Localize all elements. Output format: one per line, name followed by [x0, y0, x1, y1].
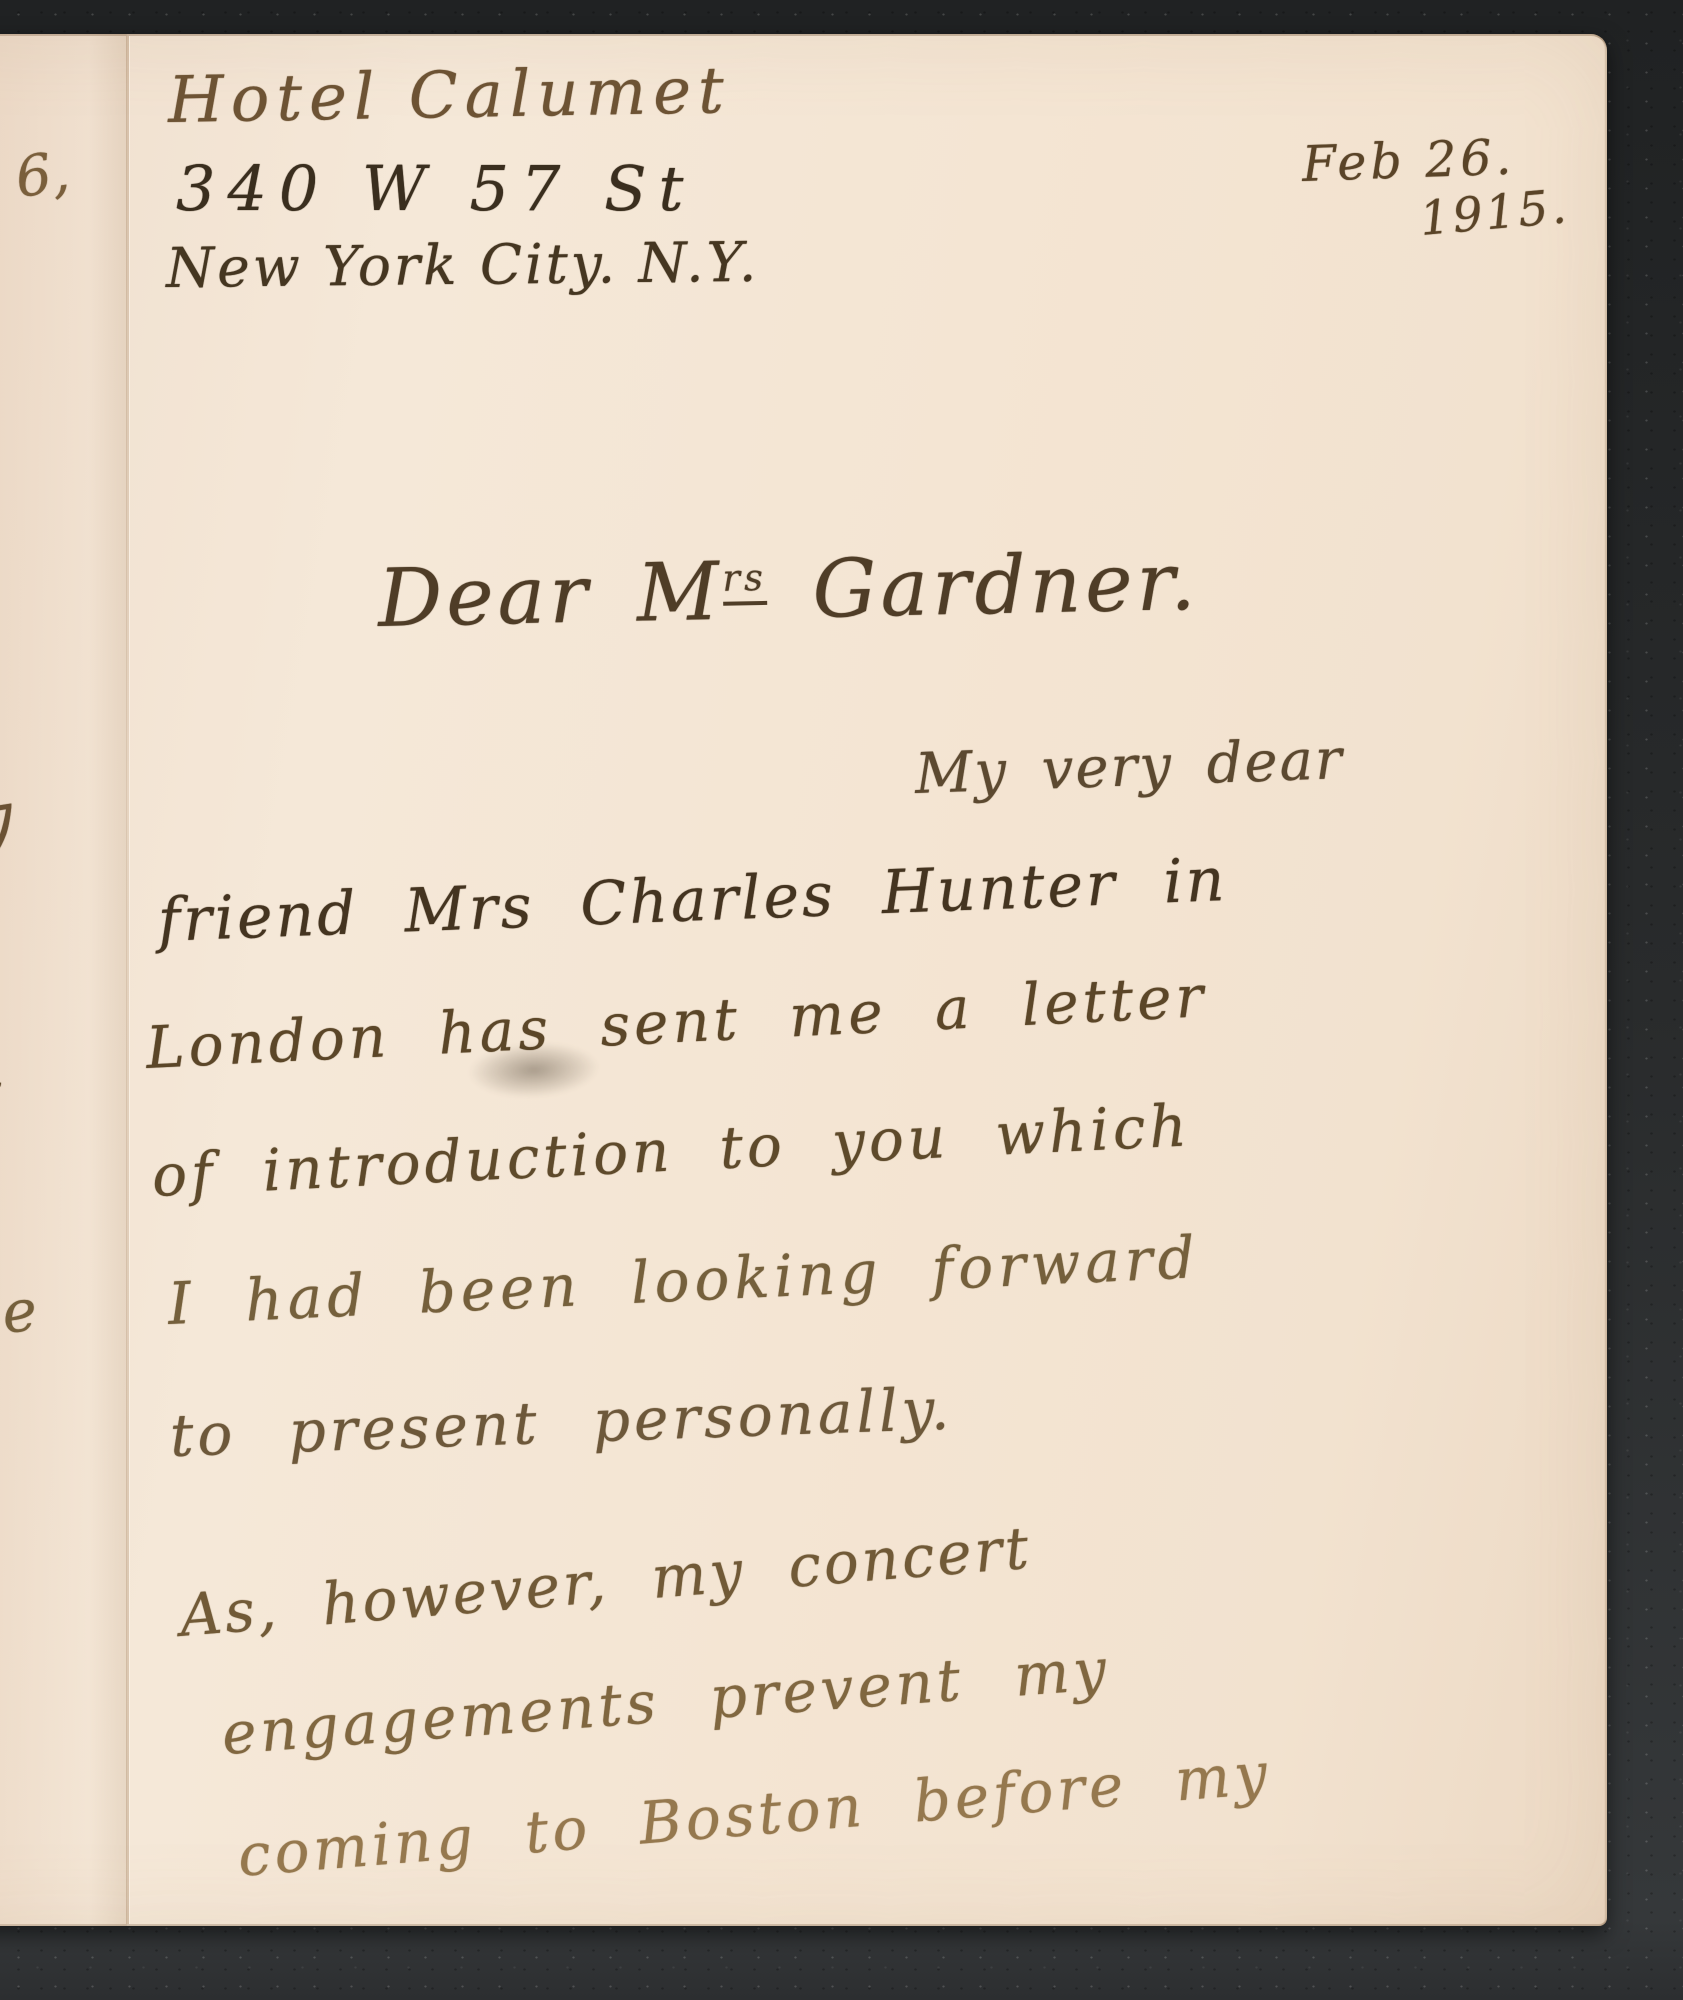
letterhead-line: New York City. N.Y.: [166, 230, 760, 300]
photograph-of-letter: 6, s w - e the Hotel Calumet 340 W 57 St…: [0, 0, 1683, 2000]
salutation-superscript: rs: [722, 556, 768, 606]
letterhead-line: Hotel Calumet: [167, 54, 731, 138]
date-line: Feb 26.: [1301, 129, 1516, 193]
salutation: Dear Mrs Gardner.: [377, 535, 1200, 645]
letterhead-line: 340 W 57 St: [176, 152, 695, 225]
fold-crease: [126, 36, 129, 1924]
salutation-text: Gardner.: [766, 535, 1200, 637]
left-page-text-fragment: the: [0, 1276, 40, 1352]
left-page-text-fragment: -: [0, 1052, 3, 1110]
left-page-text-fragment: 6,: [12, 140, 73, 211]
salutation-text: Dear M: [377, 545, 724, 645]
left-page-edge: [0, 34, 127, 1926]
left-page-text-fragment: e: [0, 1226, 1, 1286]
